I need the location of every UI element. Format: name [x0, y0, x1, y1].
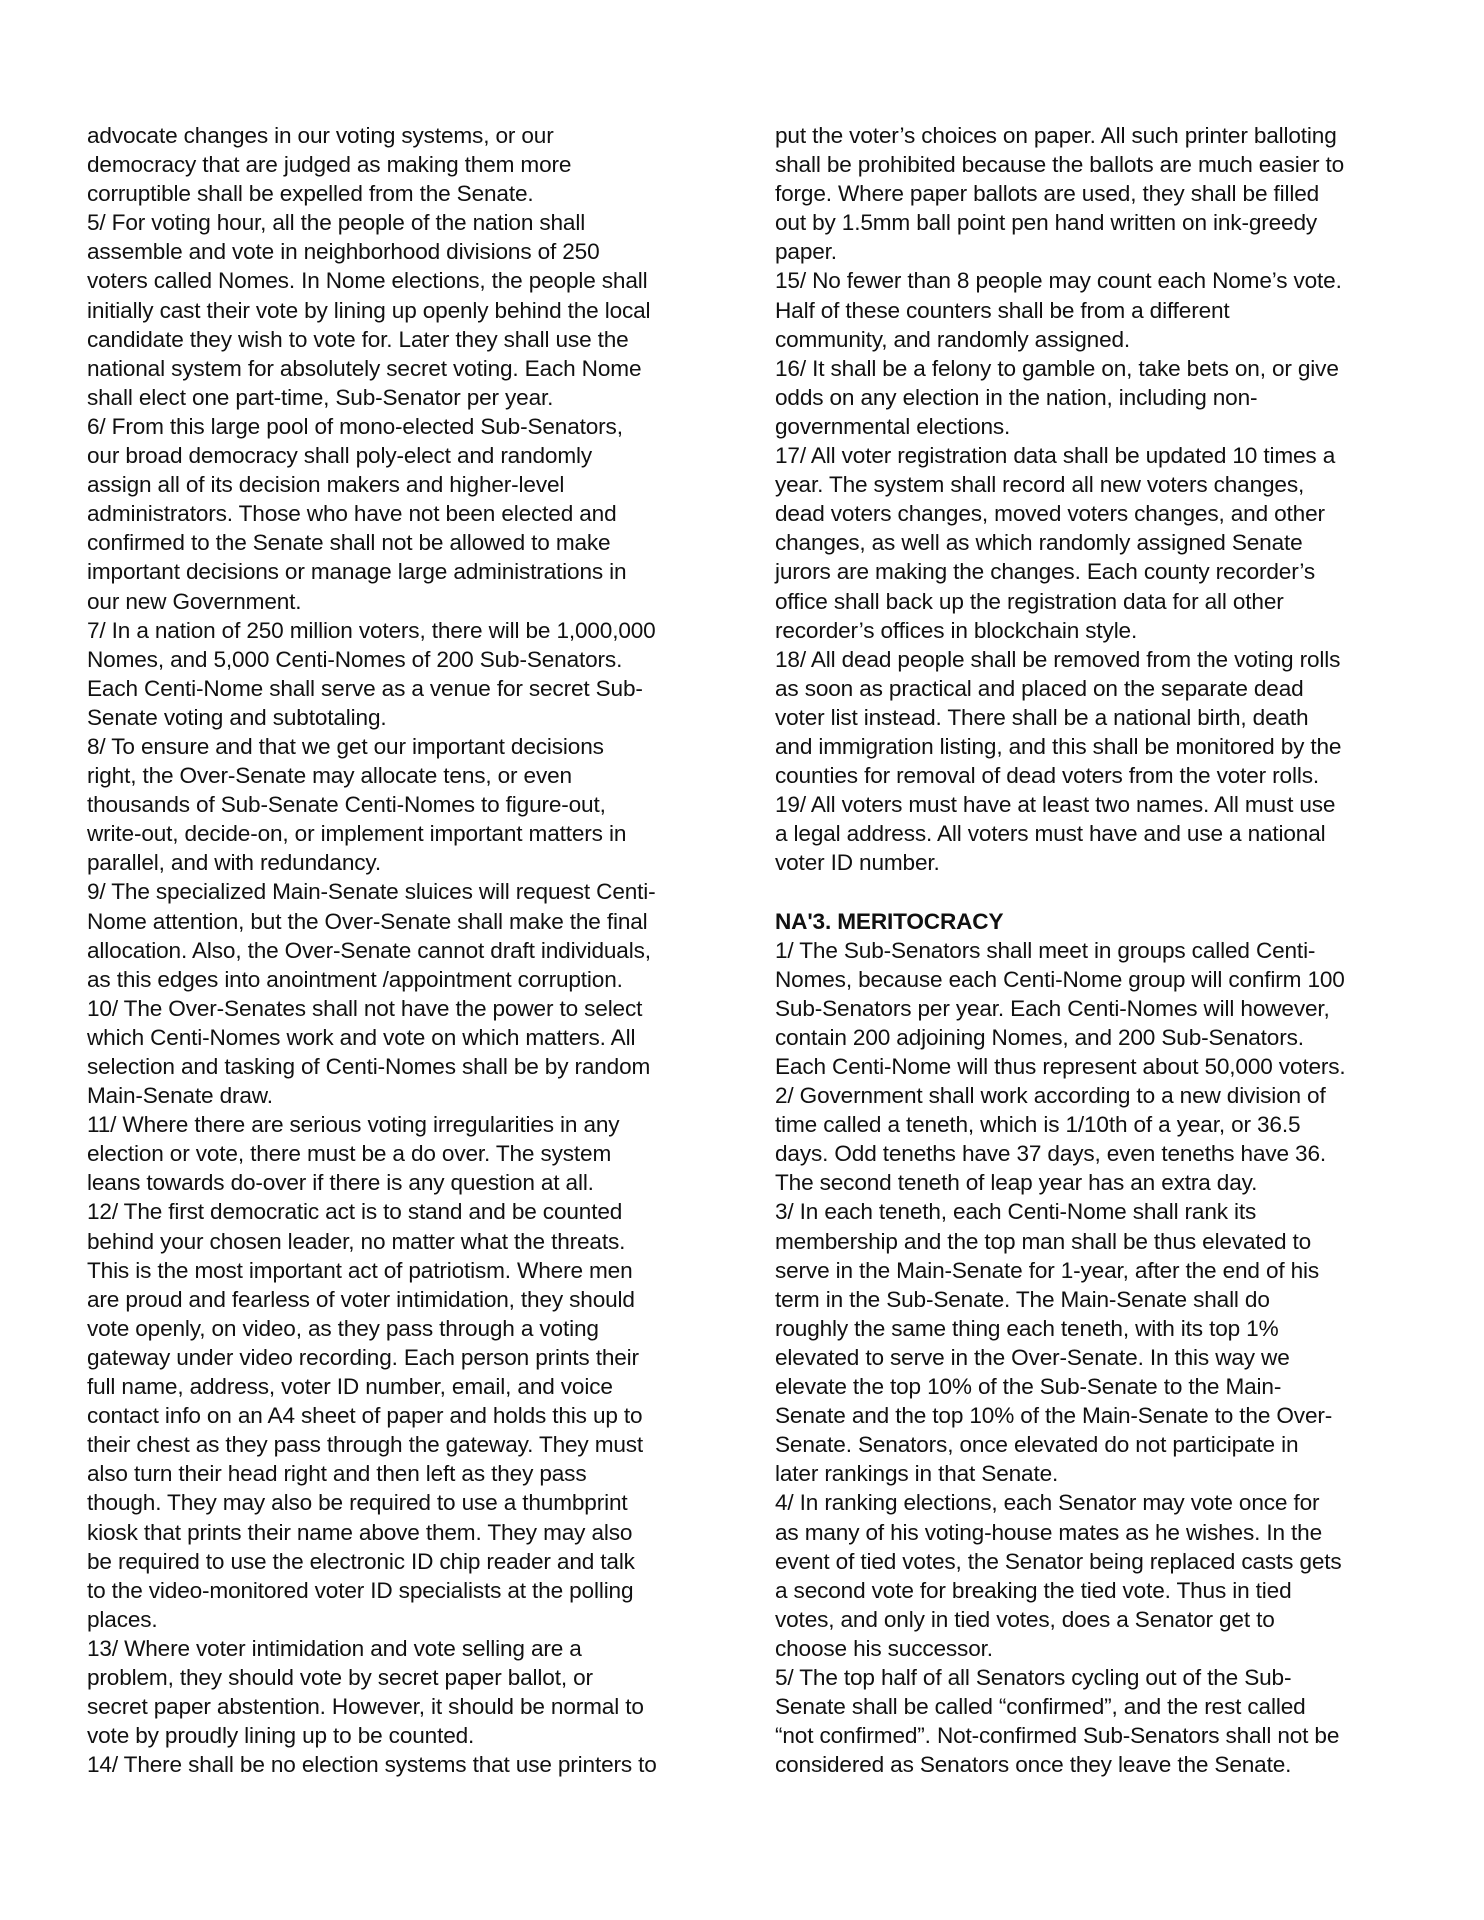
- text-line: membership and the top man shall be thus…: [775, 1227, 1415, 1256]
- text-line: 2/ Government shall work according to a …: [775, 1081, 1415, 1110]
- text-line: behind your chosen leader, no matter wha…: [87, 1227, 727, 1256]
- text-line: election or vote, there must be a do ove…: [87, 1139, 727, 1168]
- text-line: Nomes, and 5,000 Centi-Nomes of 200 Sub-…: [87, 645, 727, 674]
- text-line: assemble and vote in neighborhood divisi…: [87, 237, 727, 266]
- text-line: Senate. Senators, once elevated do not p…: [775, 1430, 1415, 1459]
- text-line: Half of these counters shall be from a d…: [775, 296, 1415, 325]
- text-line: community, and randomly assigned.: [775, 325, 1415, 354]
- text-line: Senate shall be called “confirmed”, and …: [775, 1692, 1415, 1721]
- text-line: 4/ In ranking elections, each Senator ma…: [775, 1488, 1415, 1517]
- text-line: out by 1.5mm ball point pen hand written…: [775, 208, 1415, 237]
- text-line: Nome attention, but the Over-Senate shal…: [87, 907, 727, 936]
- text-line: choose his successor.: [775, 1634, 1415, 1663]
- text-line: 13/ Where voter intimidation and vote se…: [87, 1634, 727, 1663]
- text-line: roughly the same thing each teneth, with…: [775, 1314, 1415, 1343]
- text-line: full name, address, voter ID number, ema…: [87, 1372, 727, 1401]
- text-line: our broad democracy shall poly-elect and…: [87, 441, 727, 470]
- text-line: event of tied votes, the Senator being r…: [775, 1547, 1415, 1576]
- text-line: dead voters changes, moved voters change…: [775, 499, 1415, 528]
- text-line: selection and tasking of Centi-Nomes sha…: [87, 1052, 727, 1081]
- text-line: problem, they should vote by secret pape…: [87, 1663, 727, 1692]
- text-line: counties for removal of dead voters from…: [775, 761, 1415, 790]
- text-line: 7/ In a nation of 250 million voters, th…: [87, 616, 727, 645]
- text-line: important decisions or manage large admi…: [87, 557, 727, 586]
- left-column: advocate changes in our voting systems, …: [87, 121, 727, 1779]
- text-line: considered as Senators once they leave t…: [775, 1750, 1415, 1779]
- text-line: places.: [87, 1605, 727, 1634]
- right-column: put the voter’s choices on paper. All su…: [775, 121, 1415, 1779]
- text-line: though. They may also be required to use…: [87, 1488, 727, 1517]
- text-line: assign all of its decision makers and hi…: [87, 470, 727, 499]
- text-line: elevate the top 10% of the Sub-Senate to…: [775, 1372, 1415, 1401]
- text-line: 16/ It shall be a felony to gamble on, t…: [775, 354, 1415, 383]
- text-line: 15/ No fewer than 8 people may count eac…: [775, 266, 1415, 295]
- text-line: 12/ The first democratic act is to stand…: [87, 1197, 727, 1226]
- text-line: as this edges into anointment /appointme…: [87, 965, 727, 994]
- text-line: Senate voting and subtotaling.: [87, 703, 727, 732]
- text-line: a second vote for breaking the tied vote…: [775, 1576, 1415, 1605]
- text-line: Senate and the top 10% of the Main-Senat…: [775, 1401, 1415, 1430]
- text-line: advocate changes in our voting systems, …: [87, 121, 727, 150]
- text-line: contact info on an A4 sheet of paper and…: [87, 1401, 727, 1430]
- text-line: Each Centi-Nome will thus represent abou…: [775, 1052, 1415, 1081]
- text-line: 17/ All voter registration data shall be…: [775, 441, 1415, 470]
- text-line: odds on any election in the nation, incl…: [775, 383, 1415, 412]
- text-line: initially cast their vote by lining up o…: [87, 296, 727, 325]
- text-line: 5/ For voting hour, all the people of th…: [87, 208, 727, 237]
- text-line: leans towards do-over if there is any qu…: [87, 1168, 727, 1197]
- text-line: 11/ Where there are serious voting irreg…: [87, 1110, 727, 1139]
- text-line: Main-Senate draw.: [87, 1081, 727, 1110]
- text-line: later rankings in that Senate.: [775, 1459, 1415, 1488]
- text-line: 18/ All dead people shall be removed fro…: [775, 645, 1415, 674]
- text-line: confirmed to the Senate shall not be all…: [87, 528, 727, 557]
- text-line: forge. Where paper ballots are used, the…: [775, 179, 1415, 208]
- text-line: right, the Over-Senate may allocate tens…: [87, 761, 727, 790]
- text-line: allocation. Also, the Over-Senate cannot…: [87, 936, 727, 965]
- text-line: “not confirmed”. Not-confirmed Sub-Senat…: [775, 1721, 1415, 1750]
- text-line: vote openly, on video, as they pass thro…: [87, 1314, 727, 1343]
- text-line: office shall back up the registration da…: [775, 587, 1415, 616]
- text-line: contain 200 adjoining Nomes, and 200 Sub…: [775, 1023, 1415, 1052]
- text-line: to the video-monitored voter ID speciali…: [87, 1576, 727, 1605]
- text-line: and immigration listing, and this shall …: [775, 732, 1415, 761]
- blank-line: [775, 877, 1415, 906]
- text-line: also turn their head right and then left…: [87, 1459, 727, 1488]
- section-heading: NA'3. MERITOCRACY: [775, 907, 1415, 936]
- text-line: democracy that are judged as making them…: [87, 150, 727, 179]
- right-column-body-top: put the voter’s choices on paper. All su…: [775, 121, 1415, 877]
- text-line: write-out, decide-on, or implement impor…: [87, 819, 727, 848]
- text-line: as many of his voting-house mates as he …: [775, 1518, 1415, 1547]
- text-line: 10/ The Over-Senates shall not have the …: [87, 994, 727, 1023]
- text-line: shall be prohibited because the ballots …: [775, 150, 1415, 179]
- text-line: secret paper abstention. However, it sho…: [87, 1692, 727, 1721]
- text-line: voters called Nomes. In Nome elections, …: [87, 266, 727, 295]
- text-line: candidate they wish to vote for. Later t…: [87, 325, 727, 354]
- text-line: gateway under video recording. Each pers…: [87, 1343, 727, 1372]
- text-line: governmental elections.: [775, 412, 1415, 441]
- text-line: administrators. Those who have not been …: [87, 499, 727, 528]
- text-line: serve in the Main-Senate for 1-year, aft…: [775, 1256, 1415, 1285]
- text-line: voter ID number.: [775, 848, 1415, 877]
- text-line: The second teneth of leap year has an ex…: [775, 1168, 1415, 1197]
- text-line: 8/ To ensure and that we get our importa…: [87, 732, 727, 761]
- text-line: a legal address. All voters must have an…: [775, 819, 1415, 848]
- text-line: Nomes, because each Centi-Nome group wil…: [775, 965, 1415, 994]
- text-line: 6/ From this large pool of mono-elected …: [87, 412, 727, 441]
- text-line: national system for absolutely secret vo…: [87, 354, 727, 383]
- text-line: which Centi-Nomes work and vote on which…: [87, 1023, 727, 1052]
- text-line: jurors are making the changes. Each coun…: [775, 557, 1415, 586]
- text-line: time called a teneth, which is 1/10th of…: [775, 1110, 1415, 1139]
- text-line: vote by proudly lining up to be counted.: [87, 1721, 727, 1750]
- text-line: are proud and fearless of voter intimida…: [87, 1285, 727, 1314]
- text-line: changes, as well as which randomly assig…: [775, 528, 1415, 557]
- text-line: votes, and only in tied votes, does a Se…: [775, 1605, 1415, 1634]
- right-column-body-bottom: 1/ The Sub-Senators shall meet in groups…: [775, 936, 1415, 1780]
- text-line: year. The system shall record all new vo…: [775, 470, 1415, 499]
- text-line: be required to use the electronic ID chi…: [87, 1547, 727, 1576]
- text-line: voter list instead. There shall be a nat…: [775, 703, 1415, 732]
- text-line: shall elect one part-time, Sub-Senator p…: [87, 383, 727, 412]
- text-line: Sub-Senators per year. Each Centi-Nomes …: [775, 994, 1415, 1023]
- text-line: Each Centi-Nome shall serve as a venue f…: [87, 674, 727, 703]
- text-line: our new Government.: [87, 587, 727, 616]
- text-line: paper.: [775, 237, 1415, 266]
- text-line: as soon as practical and placed on the s…: [775, 674, 1415, 703]
- document-page: advocate changes in our voting systems, …: [0, 0, 1484, 1920]
- text-line: This is the most important act of patrio…: [87, 1256, 727, 1285]
- text-line: kiosk that prints their name above them.…: [87, 1518, 727, 1547]
- text-line: put the voter’s choices on paper. All su…: [775, 121, 1415, 150]
- text-line: 19/ All voters must have at least two na…: [775, 790, 1415, 819]
- text-line: 9/ The specialized Main-Senate sluices w…: [87, 877, 727, 906]
- text-line: 1/ The Sub-Senators shall meet in groups…: [775, 936, 1415, 965]
- text-line: thousands of Sub-Senate Centi-Nomes to f…: [87, 790, 727, 819]
- text-line: 5/ The top half of all Senators cycling …: [775, 1663, 1415, 1692]
- text-line: recorder’s offices in blockchain style.: [775, 616, 1415, 645]
- text-line: their chest as they pass through the gat…: [87, 1430, 727, 1459]
- text-line: 3/ In each teneth, each Centi-Nome shall…: [775, 1197, 1415, 1226]
- text-line: parallel, and with redundancy.: [87, 848, 727, 877]
- text-line: 14/ There shall be no election systems t…: [87, 1750, 727, 1779]
- text-line: elevated to serve in the Over-Senate. In…: [775, 1343, 1415, 1372]
- text-line: term in the Sub-Senate. The Main-Senate …: [775, 1285, 1415, 1314]
- text-line: corruptible shall be expelled from the S…: [87, 179, 727, 208]
- text-line: days. Odd teneths have 37 days, even ten…: [775, 1139, 1415, 1168]
